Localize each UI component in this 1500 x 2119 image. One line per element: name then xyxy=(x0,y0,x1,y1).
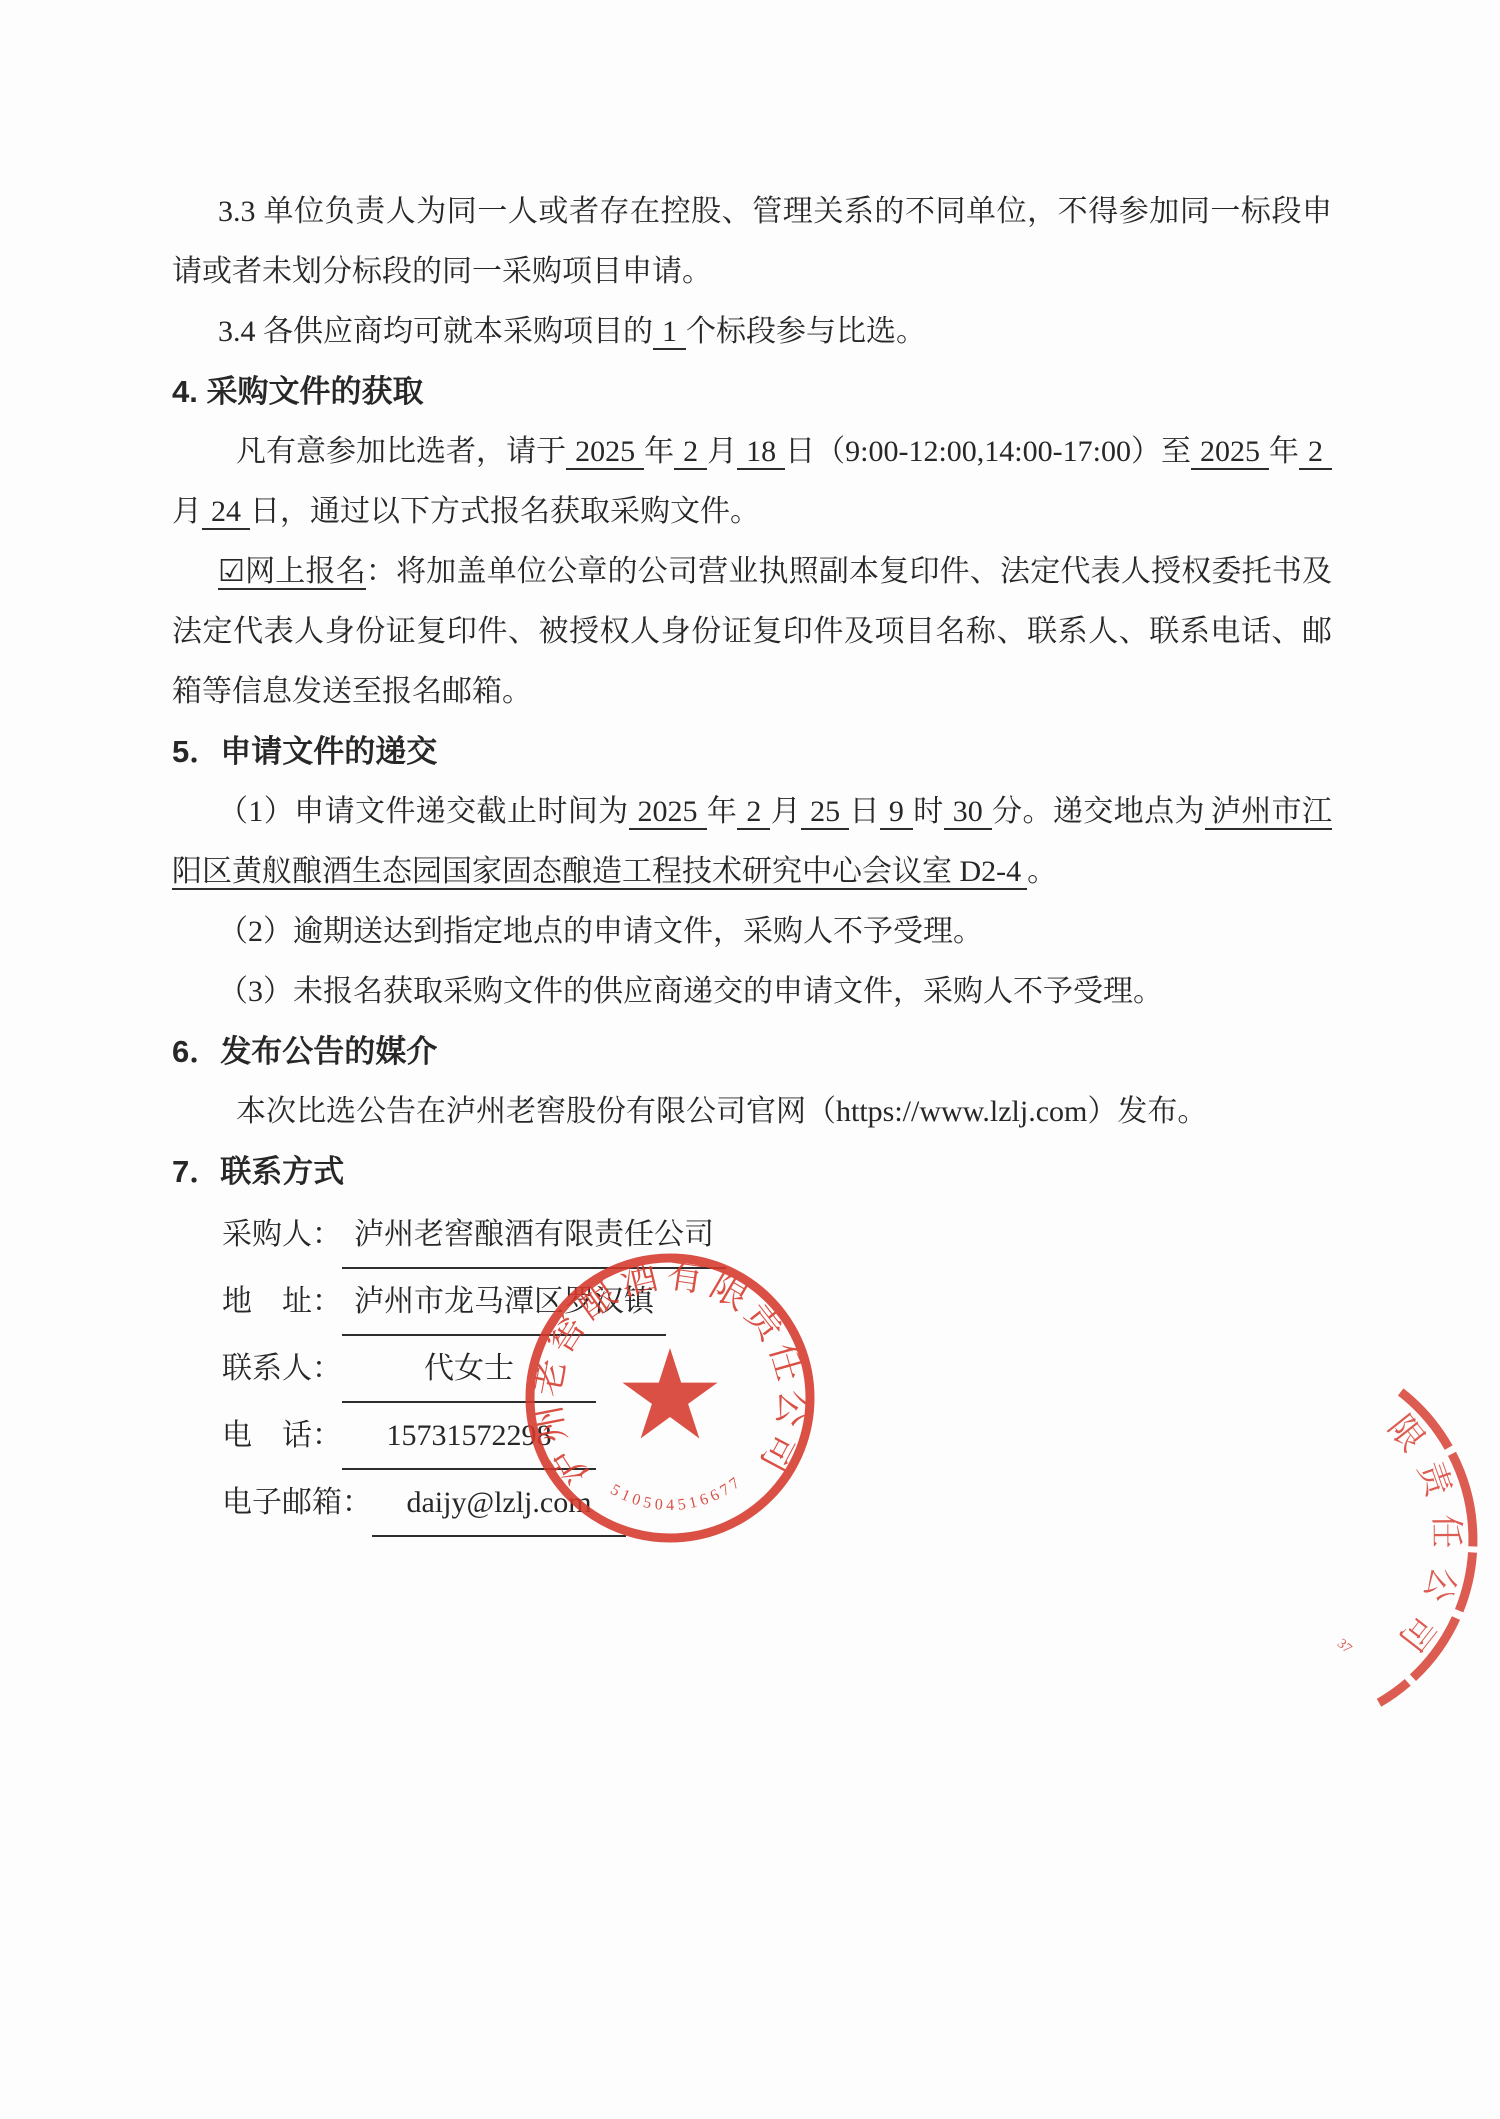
registration-period-tail: 日，通过以下方式报名获取采购文件。 xyxy=(250,495,760,528)
time-window-text: 日（9:00-12:00,14:00-17:00）至 xyxy=(785,435,1191,468)
online-registration-label: 网上报名 xyxy=(245,555,366,588)
deadline-year-underlined: 2025 xyxy=(629,795,707,830)
email-label: 电子邮箱： xyxy=(222,1486,372,1519)
deadline-text: （1）申请文件递交截止时间为 xyxy=(218,795,629,828)
start-year-underlined: 2025 xyxy=(566,435,644,470)
month-char-3: 月 xyxy=(770,795,801,828)
clause-unregistered: （3）未报名获取采购文件的供应商递交的申请文件，采购人不予受理。 xyxy=(172,962,1332,1022)
contact-person-value: 代女士 xyxy=(342,1336,596,1403)
clause-late-delivery: （2）逾期送达到指定地点的申请文件，采购人不予受理。 xyxy=(172,902,1332,962)
start-day-underlined: 18 xyxy=(737,435,785,470)
section-4-paragraph: 凡有意参加比选者，请于2025年2月18日（9:00-12:00,14:00-1… xyxy=(172,422,1332,542)
section-4-heading: 4. 采购文件的获取 xyxy=(172,362,1332,422)
contact-row-phone: 电 话：15731572298 xyxy=(222,1403,1332,1470)
deadline-month-underlined: 2 xyxy=(737,795,770,830)
contact-block: 采购人：泸州老窖酿酒有限责任公司 地 址：泸州市龙马潭区罗汉镇 联系人：代女士 … xyxy=(172,1202,1332,1537)
section-7-heading: 7．联系方式 xyxy=(172,1142,1332,1202)
phone-value: 15731572298 xyxy=(342,1403,596,1470)
registration-period-text: 凡有意参加比选者，请于 xyxy=(236,435,566,468)
partial-seal-stamp: 限责任公司 37 xyxy=(1325,1372,1500,1732)
clause-3-3-text: 3.3 单位负责人为同一人或者存在控股、管理关系的不同单位，不得参加同一标段申请… xyxy=(172,195,1332,288)
checkbox-checked-icon: ☑ xyxy=(218,554,245,589)
document-body: 3.3 单位负责人为同一人或者存在控股、管理关系的不同单位，不得参加同一标段申请… xyxy=(172,182,1332,1537)
address-value: 泸州市龙马潭区罗汉镇 xyxy=(342,1269,666,1336)
announcement-media-paragraph: 本次比选公告在泸州老窖股份有限公司官网（https://www.lzlj.com… xyxy=(172,1082,1332,1142)
lot-count-underlined: 1 xyxy=(653,315,686,350)
section-6-heading: 6．发布公告的媒介 xyxy=(172,1022,1332,1082)
partial-seal-ring-arc xyxy=(1379,1392,1473,1703)
email-value: daijy@lzlj.com xyxy=(372,1470,626,1537)
year-char-3: 年 xyxy=(707,795,738,828)
partial-seal-text-ring: 限责任公司 xyxy=(1381,1409,1465,1670)
delivery-place-lead: 分。递交地点为 xyxy=(992,795,1205,828)
deadline-minute-underlined: 30 xyxy=(944,795,992,830)
contact-row-person: 联系人：代女士 xyxy=(222,1336,1332,1403)
purchaser-value: 泸州老窖酿酒有限责任公司 xyxy=(342,1202,726,1269)
clause-3-4-tail: 个标段参与比选。 xyxy=(686,315,926,348)
phone-label: 电 话： xyxy=(222,1419,342,1452)
partial-seal-company-text: 限责任公司 xyxy=(1381,1409,1465,1670)
partial-seal-number: 37 xyxy=(1334,1636,1354,1656)
clause-3-4: 3.4 各供应商均可就本采购项目的1个标段参与比选。 xyxy=(172,302,1332,362)
contact-row-address: 地 址：泸州市龙马潭区罗汉镇 xyxy=(222,1269,1332,1336)
month-char-2: 月 xyxy=(172,495,202,528)
end-day-underlined: 24 xyxy=(202,495,250,530)
purchaser-label: 采购人： xyxy=(222,1218,342,1251)
day-char: 日 xyxy=(849,795,880,828)
delivery-place-period: 。 xyxy=(1027,855,1057,888)
start-month-underlined: 2 xyxy=(674,435,707,470)
clause-3-4-text: 3.4 各供应商均可就本采购项目的 xyxy=(218,315,653,348)
section-5-heading: 5．申请文件的递交 xyxy=(172,722,1332,782)
end-month-underlined: 2 xyxy=(1299,435,1332,470)
deadline-hour-underlined: 9 xyxy=(880,795,913,830)
contact-row-email: 电子邮箱：daijy@lzlj.com xyxy=(222,1470,1332,1537)
contact-person-label: 联系人： xyxy=(222,1352,342,1385)
year-char-2: 年 xyxy=(1269,435,1299,468)
end-year-underlined: 2025 xyxy=(1191,435,1269,470)
clause-3-3: 3.3 单位负责人为同一人或者存在控股、管理关系的不同单位，不得参加同一标段申请… xyxy=(172,182,1332,302)
deadline-day-underlined: 25 xyxy=(801,795,849,830)
hour-char: 时 xyxy=(913,795,944,828)
online-registration-paragraph: ☑网上报名：将加盖单位公章的公司营业执照副本复印件、法定代表人授权委托书及法定代… xyxy=(172,542,1332,722)
address-label: 地 址： xyxy=(222,1285,342,1318)
year-char: 年 xyxy=(644,435,674,468)
online-registration-underlined: ☑网上报名 xyxy=(218,555,366,590)
submission-deadline-paragraph: （1）申请文件递交截止时间为2025年2月25日9时30分。递交地点为泸州市江阳… xyxy=(172,782,1332,902)
month-char: 月 xyxy=(707,435,737,468)
scanned-document-page: 3.3 单位负责人为同一人或者存在控股、管理关系的不同单位，不得参加同一标段申请… xyxy=(0,0,1500,2119)
contact-row-purchaser: 采购人：泸州老窖酿酒有限责任公司 xyxy=(222,1202,1332,1269)
